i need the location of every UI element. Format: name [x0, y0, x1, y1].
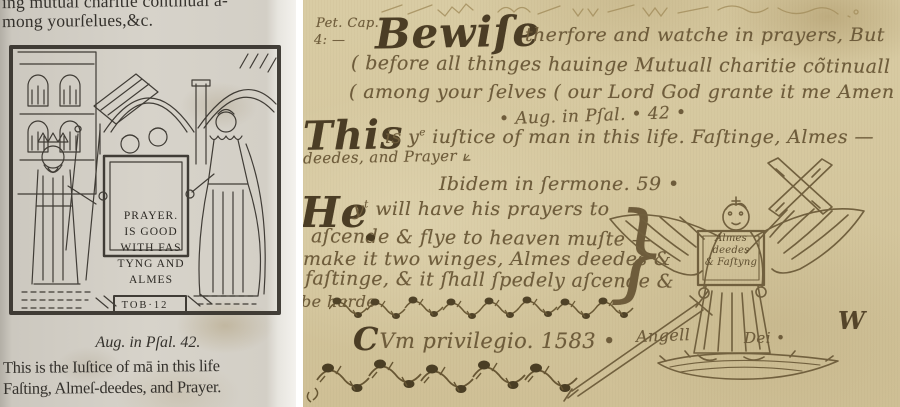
- this-line-pre: is y: [385, 126, 419, 148]
- printed-citation: Aug. in Pſal. 42.: [48, 334, 248, 352]
- angel-tablet-line: deedes: [700, 245, 762, 257]
- this-line: is ye iuſtice of man in this life. Faſti…: [385, 126, 874, 148]
- photo-of-two-book-pages: { "colors": { "left_paper": "#d7d3ca", "…: [0, 0, 900, 407]
- label-angell: Angell: [636, 325, 691, 346]
- he-line-ybase: y: [353, 198, 364, 220]
- angel-tablet-line: & Faſtyng: [700, 257, 762, 269]
- angel-tablet-line: Almes: [700, 233, 762, 245]
- woodcut-plaque-caption: TOB·12: [112, 298, 178, 313]
- woodcut-tablet-text: PRAYER. IS GOOD WITH FAS TYNG AND ALMES: [112, 204, 190, 300]
- margin-citation-pet: Pet. Cap.: [316, 16, 379, 31]
- this-carryover: deedes, and Prayer ⟀: [303, 147, 472, 168]
- tablet-line: IS GOOD: [112, 224, 190, 240]
- printed-text-top: ing mutual charitie continual a- mong yo…: [2, 0, 228, 31]
- manuscript-page-photo: Pet. Cap. 4: — Bewiſe therfore and watch…: [303, 0, 900, 407]
- w-mark: W: [838, 306, 866, 335]
- tablet-line: ALMES: [112, 272, 190, 288]
- printed-page-photo: ing mutual charitie continual a- mong yo…: [0, 0, 296, 407]
- printed-text-bottom: This is the Iuſtice of mā in this life F…: [3, 355, 221, 399]
- this-line-rest: iuſtice of man in this life. Faſtinge, A…: [426, 126, 874, 148]
- verse-line-1: therfore and watche in prayers, But: [525, 24, 885, 46]
- angel-drawing: [540, 155, 900, 407]
- printed-line: mong yourſelues,&c.: [2, 10, 228, 31]
- printed-line: This is the Iuſtice of mā in this life: [3, 355, 221, 378]
- tablet-line: PRAYER.: [112, 208, 190, 224]
- woodcut-engraving: PRAYER. IS GOOD WITH FAS TYNG AND ALMES: [8, 44, 282, 316]
- printed-line: Faſting, Almeſ-deedes, and Prayer.: [3, 376, 221, 399]
- heading-initial-bewise: Bewiſe: [375, 7, 541, 59]
- angel-tablet-text: Almes deedes & Faſtyng: [700, 233, 762, 269]
- margin-citation-pet-num: 4: —: [314, 33, 345, 48]
- verse-line-2: ( before all thinges hauinge Mutuall cha…: [351, 52, 890, 78]
- tablet-line: WITH FAS: [112, 240, 190, 256]
- verse-line-3: ( among your ſelves ( our Lord God grant…: [349, 81, 900, 103]
- tablet-line: TYNG AND: [112, 256, 190, 272]
- label-dei: Dei •: [744, 329, 785, 347]
- he-line-sup: t: [364, 199, 369, 211]
- this-line-sup: e: [419, 127, 426, 139]
